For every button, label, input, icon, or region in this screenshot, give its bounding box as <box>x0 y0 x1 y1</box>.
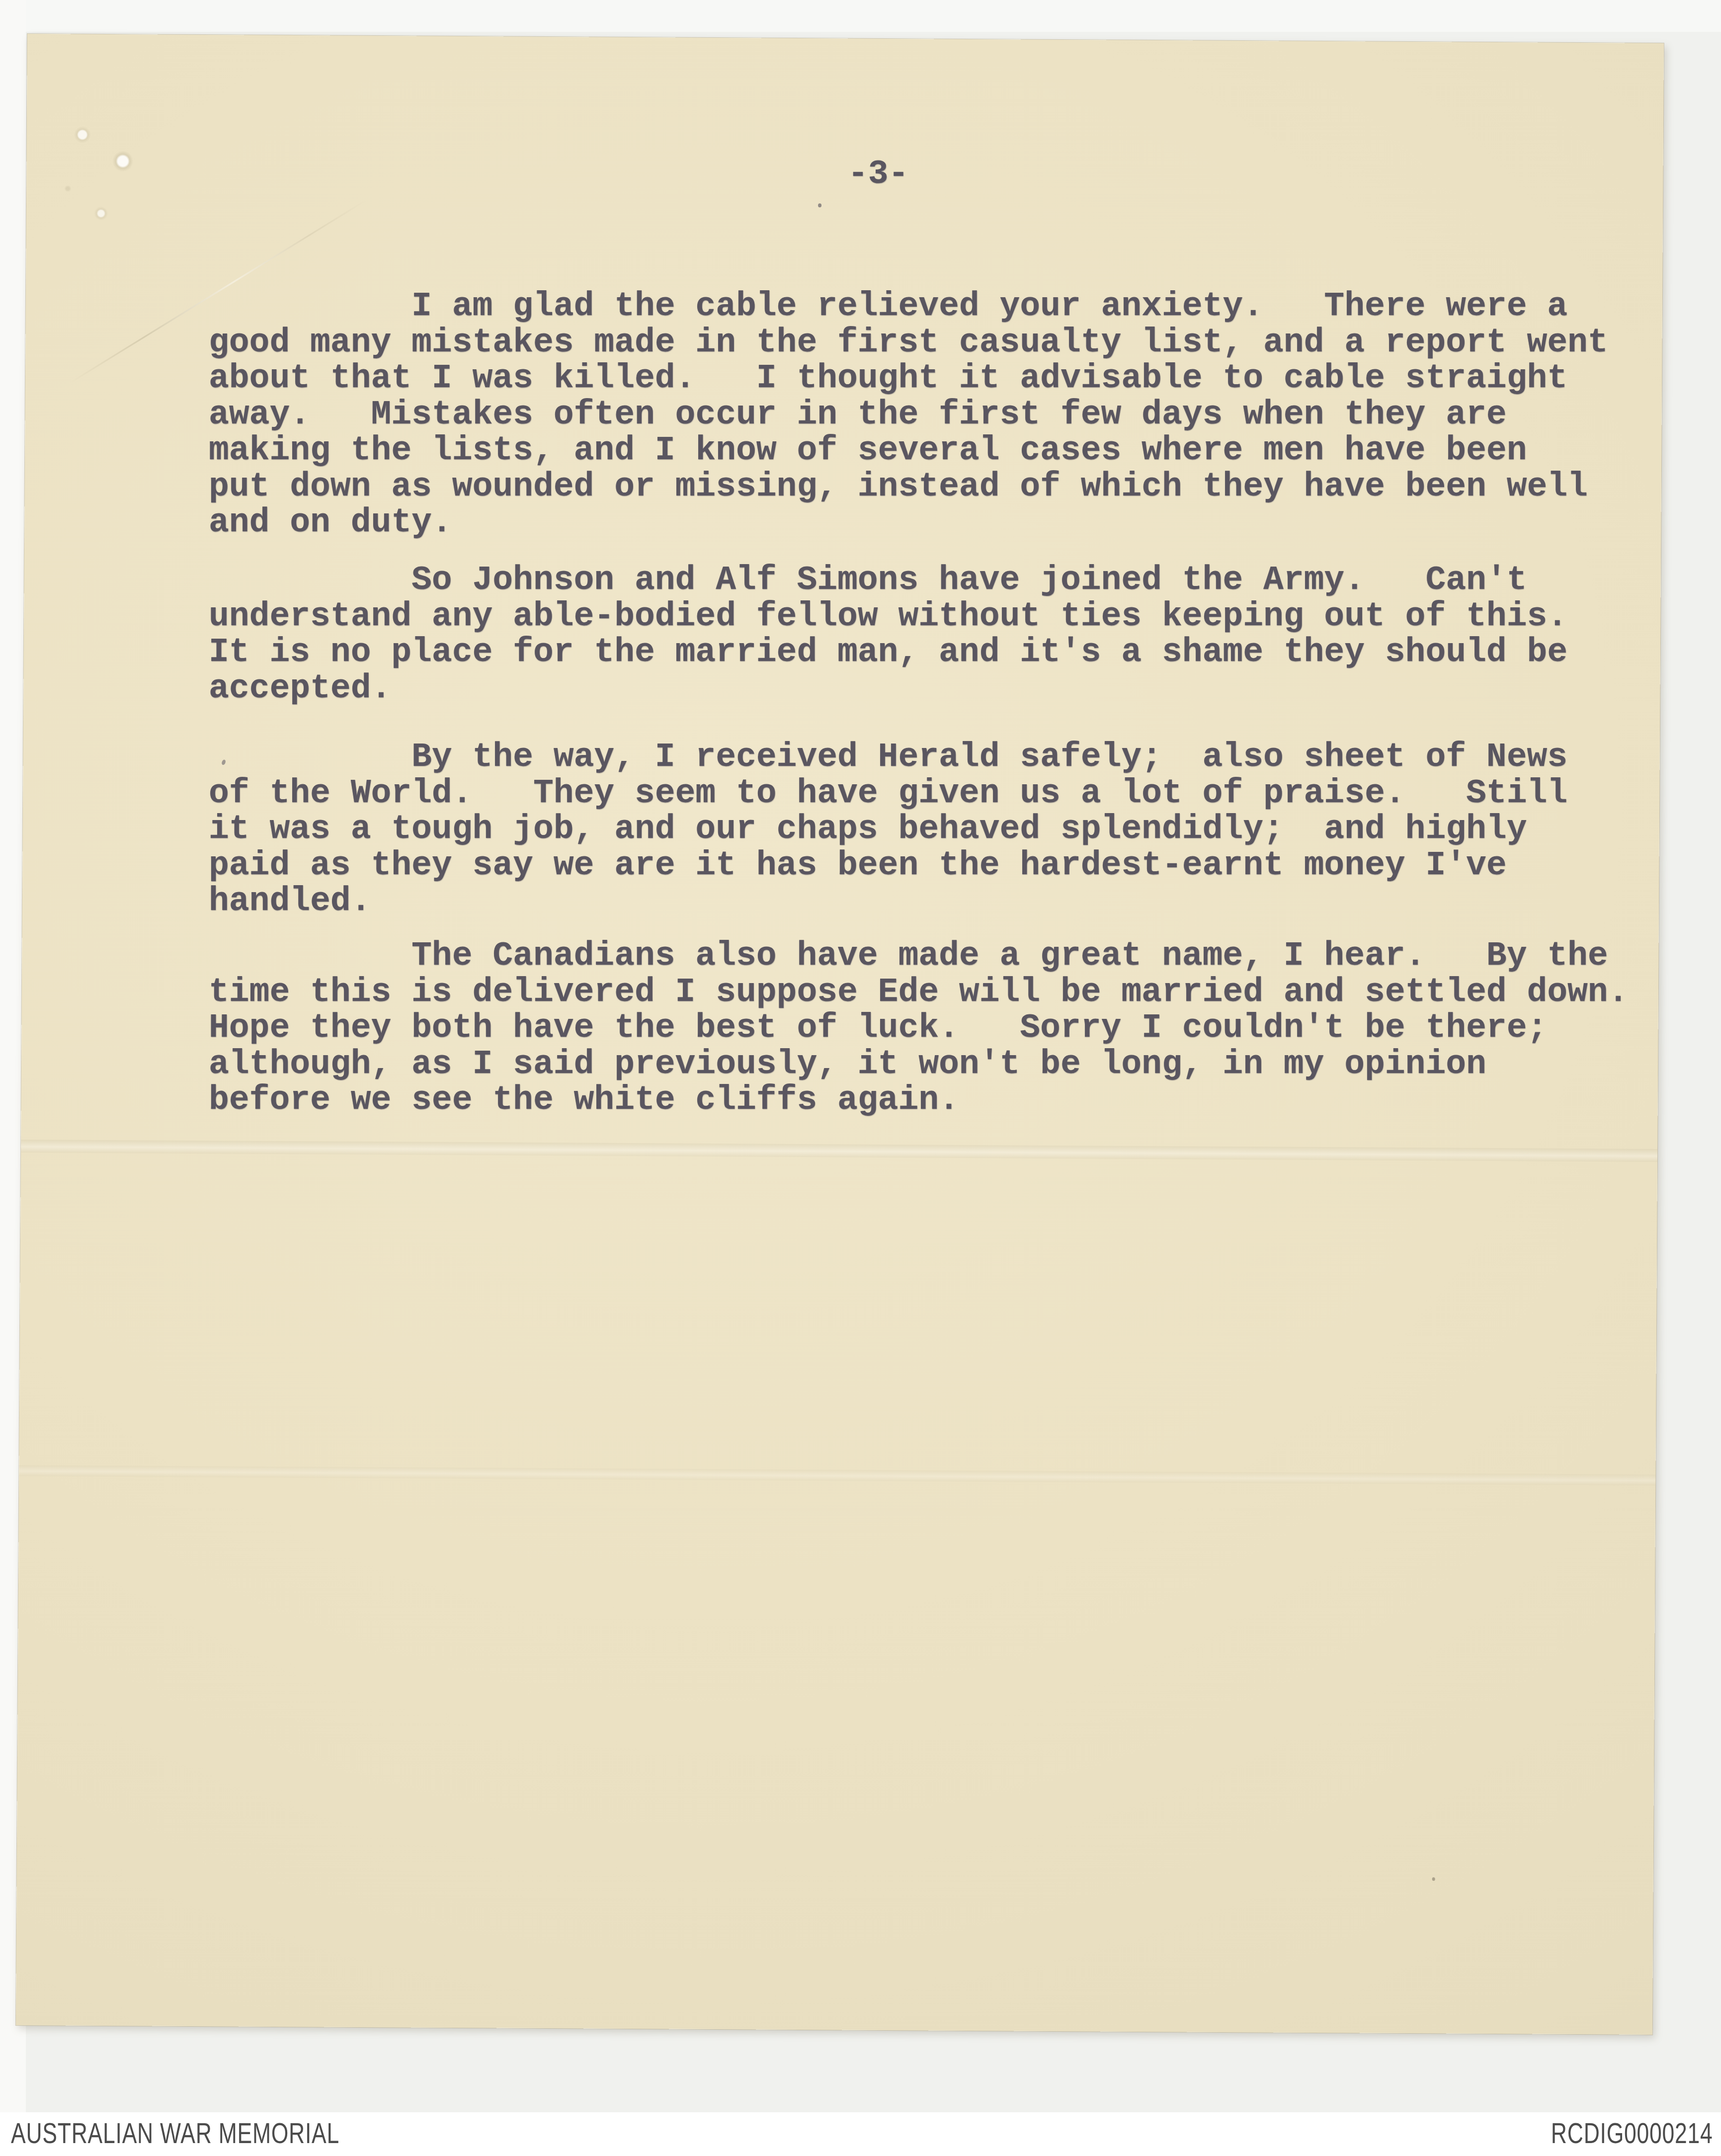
reference-id: RCDIG0000214 <box>1551 2117 1713 2150</box>
typed-line: paid as they say we are it has been the … <box>209 848 1567 884</box>
typed-line: So Johnson and Alf Simons have joined th… <box>209 563 1567 599</box>
typed-line: good many mistakes made in the first cas… <box>209 325 1608 361</box>
typed-line: By the way, I received Herald safely; al… <box>209 740 1567 776</box>
typed-line: handled. <box>209 884 1567 920</box>
typed-line: The Canadians also have made a great nam… <box>209 938 1628 975</box>
typed-line: put down as wounded or missing, instead … <box>209 469 1608 505</box>
page-number: -3- <box>848 157 908 193</box>
typed-line: understand any able-bodied fellow withou… <box>209 599 1567 635</box>
typed-line: away. Mistakes often occur in the first … <box>209 397 1608 433</box>
paragraph-johnson-simons: So Johnson and Alf Simons have joined th… <box>209 563 1567 707</box>
footer-bar: AUSTRALIAN WAR MEMORIAL RCDIG0000214 <box>0 2112 1721 2156</box>
typed-line: time this is delivered I suppose Ede wil… <box>209 975 1628 1011</box>
typed-line: about that I was killed. I thought it ad… <box>209 361 1608 397</box>
typewritten-text-layer: -3- I am glad the cable relieved your an… <box>0 0 1721 2156</box>
paragraph-canadians: The Canadians also have made a great nam… <box>209 938 1628 1119</box>
paragraph-herald-news: By the way, I received Herald safely; al… <box>209 740 1567 920</box>
typed-line: making the lists, and I know of several … <box>209 433 1608 469</box>
typed-line: Hope they both have the best of luck. So… <box>209 1010 1628 1047</box>
typed-line: before we see the white cliffs again. <box>209 1082 1628 1119</box>
typed-line: it was a tough job, and our chaps behave… <box>209 812 1567 848</box>
typed-line: I am glad the cable relieved your anxiet… <box>209 289 1608 325</box>
archive-name: AUSTRALIAN WAR MEMORIAL <box>11 2117 339 2150</box>
typed-line: and on duty. <box>209 505 1608 541</box>
paragraph-cable-relieved: I am glad the cable relieved your anxiet… <box>209 289 1608 541</box>
typed-line: accepted. <box>209 671 1567 707</box>
typed-line: of the World. They seem to have given us… <box>209 776 1567 812</box>
typed-line: although, as I said previously, it won't… <box>209 1047 1628 1083</box>
typed-line: It is no place for the married man, and … <box>209 635 1567 671</box>
